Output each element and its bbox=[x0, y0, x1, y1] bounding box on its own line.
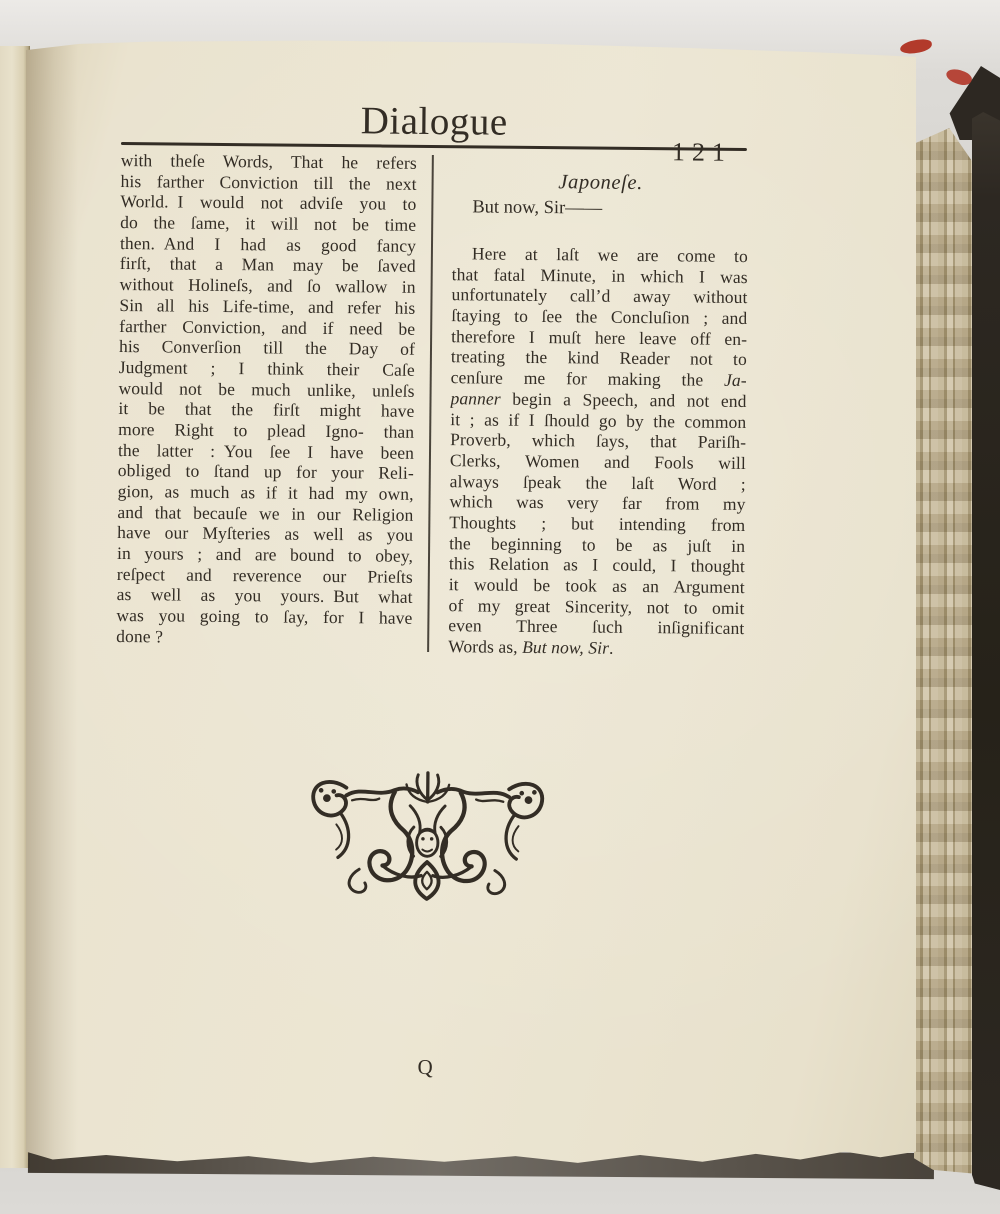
book-cover-edge bbox=[972, 112, 1000, 1190]
page-content: Dialogue 121 with theſe Words, That he r… bbox=[16, 39, 917, 1171]
text-line: without Holineſs, and ſo wallow in bbox=[120, 274, 416, 298]
text-line: unfortunately call’d away without bbox=[451, 285, 747, 309]
text-line: Judgment ; I think their Caſe bbox=[119, 357, 415, 381]
text-line: as well as you yours. But what bbox=[117, 584, 413, 608]
text-line: more Right to plead Igno- than bbox=[118, 419, 414, 443]
text-line: would not be much unlike, unleſs bbox=[119, 378, 415, 402]
text-line: Clerks, Women and Fools will bbox=[450, 450, 746, 474]
speaker-heading: Japoneſe. bbox=[452, 168, 748, 198]
right-paragraph: Here at laſt we are come tothat fatal Mi… bbox=[448, 243, 748, 660]
text-line: obliged to ſtand up for your Reli- bbox=[118, 460, 414, 484]
text-line: the latter : You ſee I have been bbox=[118, 440, 414, 464]
text-line: was you going to ſay, for I have bbox=[116, 605, 412, 629]
text-line: it ; as if I ſhould go by the common bbox=[450, 409, 746, 433]
opening-line: But now, Sir—— bbox=[452, 195, 748, 223]
text-line: it would be took as an Argument bbox=[449, 574, 745, 598]
right-text-column: Japoneſe. But now, Sir—— Here at laſt we… bbox=[448, 153, 749, 660]
text-line: the beginning to be as juſt in bbox=[449, 533, 745, 557]
text-line: World. I would not adviſe you to bbox=[120, 191, 416, 215]
text-line: this Relation as I could, I thought bbox=[449, 553, 745, 577]
text-line: his farther Conviction till the next bbox=[121, 171, 417, 195]
paragraph-gap bbox=[452, 220, 748, 246]
text-line: Words as, But now, Sir. bbox=[448, 636, 744, 660]
text-line: cenſure me for making the Ja- bbox=[451, 367, 747, 391]
text-line: ſtaying to ſee the Concluſion ; and bbox=[451, 305, 747, 329]
photo-background: Dialogue 121 with theſe Words, That he r… bbox=[0, 0, 1000, 1214]
text-line: with theſe Words, That he refers bbox=[121, 150, 417, 174]
text-line: Proverb, which ſays, that Pariſh- bbox=[450, 429, 746, 453]
text-line: Here at laſt we are come to bbox=[452, 243, 748, 267]
text-line: in yours ; and are bound to obey, bbox=[117, 543, 413, 567]
text-line: which was very far from my bbox=[449, 491, 745, 515]
text-line: it be that the firſt might have bbox=[118, 398, 414, 422]
text-line: of my great Sincerity, not to omit bbox=[448, 595, 744, 619]
text-line: even Three ſuch inſignificant bbox=[448, 616, 744, 640]
signature-band: Q bbox=[112, 1052, 738, 1083]
previous-page-edge bbox=[0, 46, 30, 1168]
text-line: and that becauſe we in our Religion bbox=[117, 502, 413, 526]
text-line: treating the kind Reader not to bbox=[451, 347, 747, 371]
text-line: gion, as much as if it had my own, bbox=[118, 481, 414, 505]
text-line: do the ſame, it will not be time bbox=[120, 212, 416, 236]
left-text-column: with theſe Words, That he refershis fart… bbox=[116, 150, 417, 649]
column-divider-rule bbox=[427, 155, 433, 652]
running-title-band: Dialogue bbox=[121, 96, 747, 147]
text-line: firſt, that a Man may be ſaved bbox=[120, 253, 416, 277]
text-line: always ſpeak the laſt Word ; bbox=[450, 471, 746, 495]
running-title: Dialogue bbox=[361, 99, 508, 143]
text-line: done ? bbox=[116, 626, 412, 650]
text-line: Thoughts ; but intending from bbox=[449, 512, 745, 536]
deckled-fore-edge bbox=[914, 128, 978, 1174]
text-line: then. And I had as good fancy bbox=[120, 233, 416, 257]
tailpiece-ornament-icon bbox=[301, 764, 554, 906]
text-line: have our Myſteries as well as you bbox=[117, 522, 413, 546]
text-line: that fatal Minute, in which I was bbox=[452, 264, 748, 288]
text-line: reſpect and reverence our Prieſts bbox=[117, 564, 413, 588]
text-line: farther Conviction, and if need be bbox=[119, 315, 415, 339]
text-line: his Converſion till the Day of bbox=[119, 336, 415, 360]
book-page: Dialogue 121 with theſe Words, That he r… bbox=[26, 40, 916, 1164]
signature-mark: Q bbox=[417, 1055, 432, 1079]
text-line: panner begin a Speech, and not end bbox=[450, 388, 746, 412]
text-line: Sin all his Life-time, and refer his bbox=[119, 295, 415, 319]
text-line: therefore I muſt here leave off en- bbox=[451, 326, 747, 350]
red-edge-stain bbox=[899, 38, 932, 55]
ornament-container bbox=[114, 762, 741, 913]
